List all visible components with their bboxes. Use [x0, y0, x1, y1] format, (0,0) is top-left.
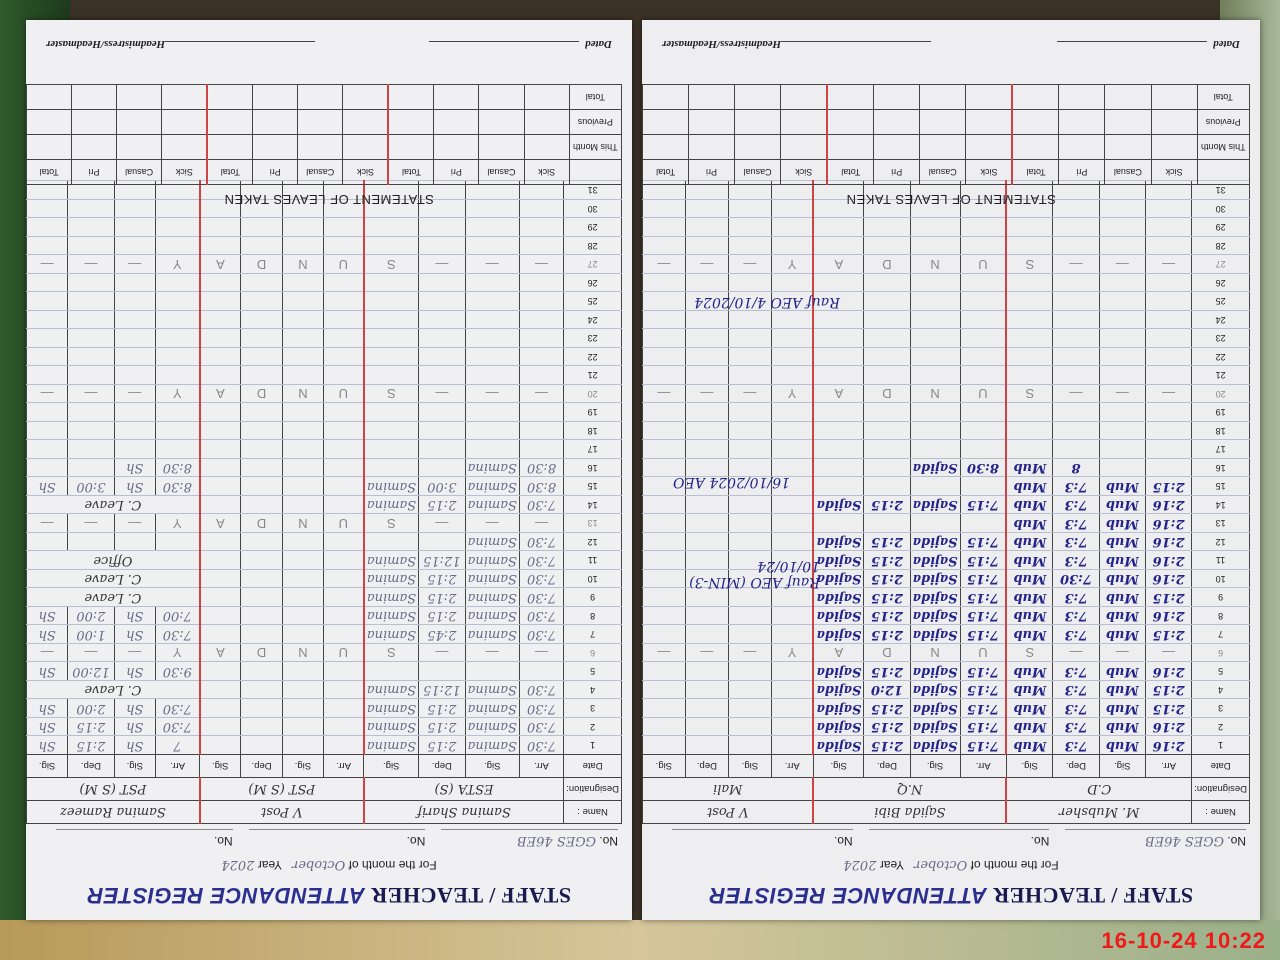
attendance-row: 6———SUNDAY———: [27, 644, 622, 663]
column-header: Dep.: [419, 755, 466, 778]
attendance-row: 21: [643, 366, 1250, 385]
attendance-row: 27———SUNDAY———: [27, 255, 622, 274]
staff-designation: C.D: [1006, 778, 1191, 801]
attendance-row: 17:30Samina2:15Samina7Sh2:15Sh: [27, 736, 622, 755]
column-header: Dep.: [68, 755, 115, 778]
attendance-row: 127:30Samina: [27, 533, 622, 552]
month-value: October: [914, 857, 967, 872]
attendance-table: Name :Samina SharifV PostSamina RameezDe…: [26, 181, 622, 825]
attendance-row: 72:15Mub7:3Mub7:15Sajida2:15Sajida: [643, 625, 1250, 644]
column-header: Arr.: [155, 755, 199, 778]
attendance-row: 19: [27, 403, 622, 422]
column-header: Dep.: [241, 755, 283, 778]
attendance-row: 18: [27, 422, 622, 441]
column-header: Sig.: [283, 755, 324, 778]
staff-name: Samina Sharif: [364, 801, 564, 824]
staff-name: Sajida Bibi: [813, 801, 1006, 824]
signature-footer: Dated Headmistress/Headmaster: [662, 38, 1240, 50]
signature-footer: Dated Headmistress/Headmaster: [46, 38, 612, 50]
year-value: 2024: [843, 857, 876, 872]
attendance-row: 17: [643, 440, 1250, 459]
attendance-row: 47:30Samina12:15SaminaC. Leave: [27, 681, 622, 700]
attendance-row: 23: [643, 329, 1250, 348]
column-header: Sig.: [729, 755, 772, 778]
attendance-row: 17: [27, 440, 622, 459]
attendance-row: 117:30Samina12:15SaminaOffice: [27, 551, 622, 570]
officer-remark: Rauf AEO (MIN-3) 10/10/24: [642, 558, 820, 590]
attendance-row: 147:30Samina2:15SaminaC. Leave: [27, 496, 622, 515]
camera-timestamp: 16-10-24 10:22: [1102, 928, 1266, 954]
column-header: Dep.: [864, 755, 910, 778]
column-header: Sig.: [364, 755, 419, 778]
attendance-row: 6———SUNDAY———: [643, 644, 1250, 663]
attendance-row: 42:15Mub7:3Mub7:15Sajida12:0Sajida: [643, 681, 1250, 700]
column-header: Dep.: [1053, 755, 1099, 778]
month-line: For the month of October Year 2024: [26, 857, 632, 872]
attendance-row: 122:16Mub7:3Mub7:15Sajida2:15Sajida: [643, 533, 1250, 552]
leave-statement: STATEMENT OF LEAVES TAKEN SickCasualPriT…: [642, 84, 1250, 185]
column-header: Sig.: [465, 755, 519, 778]
column-header: Sig.: [910, 755, 960, 778]
register-page-right: STAFF / TEACHER ATTENDANCE REGISTER For …: [26, 20, 632, 920]
register-photo-rotated: STAFF / TEACHER ATTENDANCE REGISTER For …: [0, 0, 1280, 960]
attendance-row: 26: [27, 274, 622, 293]
attendance-row: 82:16Mub7:3Mub7:15Sajida2:15Sajida: [643, 607, 1250, 626]
column-header: Arr.: [960, 755, 1006, 778]
column-header: Dep.: [685, 755, 728, 778]
column-header: Sig.: [27, 755, 68, 778]
column-header: Sig.: [114, 755, 155, 778]
attendance-row: 24: [27, 311, 622, 330]
leave-table: SickCasualPriTotalSickCasualPriTotalSick…: [26, 84, 622, 185]
leave-table: SickCasualPriTotalSickCasualPriTotalSick…: [642, 84, 1250, 185]
column-header: Arr.: [1146, 755, 1192, 778]
attendance-row: 20———SUNDAY———: [27, 385, 622, 404]
attendance-row: 20———SUNDAY———: [643, 385, 1250, 404]
column-header: Sig.: [200, 755, 241, 778]
attendance-row: 27———SUNDAY———: [643, 255, 1250, 274]
register-title: STAFF / TEACHER ATTENDANCE REGISTER: [26, 882, 632, 908]
attendance-row: 92:15Mub7:3Mub7:15Sajida2:15Sajida: [643, 588, 1250, 607]
column-header: Date: [564, 755, 622, 778]
officer-remark: 16/10/2024 AEO: [673, 474, 790, 490]
column-header: Sig.: [1099, 755, 1145, 778]
attendance-row: 32:15Mub7:3Mub7:15Sajida2:15Sajida: [643, 699, 1250, 718]
attendance-row: 29: [27, 218, 622, 237]
column-header: Sig.: [813, 755, 863, 778]
staff-name: Samina Rameez: [27, 801, 200, 824]
attendance-row: 97:30Samina2:15SaminaC. Leave: [27, 588, 622, 607]
column-header: Arr.: [519, 755, 563, 778]
attendance-row: 28: [27, 237, 622, 256]
staff-designation: ESTA (S): [364, 778, 564, 801]
attendance-row: 22:16Mub7:3Mub7:15Sajida2:15Sajida: [643, 718, 1250, 737]
attendance-row: 19: [643, 403, 1250, 422]
attendance-row: 107:30Samina2:15SaminaC. Leave: [27, 570, 622, 589]
number-fields: No. GGES 46EB No. No.: [40, 829, 618, 848]
attendance-row: 59:30Sh12:00Sh: [27, 662, 622, 681]
attendance-row: 28: [643, 237, 1250, 256]
attendance-row: 37:30Samina2:15Samina7:30Sh2:00Sh: [27, 699, 622, 718]
register-title: STAFF / TEACHER ATTENDANCE REGISTER: [642, 882, 1260, 908]
attendance-row: 168:30Samina8:30Sh: [27, 459, 622, 478]
attendance-row: 87:30Samina2:15Samina7:00Sh2:00Sh: [27, 607, 622, 626]
attendance-row: 29: [643, 218, 1250, 237]
attendance-row: 22: [643, 348, 1250, 367]
register-page-left: STAFF / TEACHER ATTENDANCE REGISTER For …: [642, 20, 1260, 920]
attendance-row: 12:16Mub7:3Mub7:15Sajida2:15Sajida: [643, 736, 1250, 755]
staff-name: V Post: [200, 801, 364, 824]
attendance-row: 132:16Mub7:3Mub: [643, 514, 1250, 533]
leave-statement: STATEMENT OF LEAVES TAKEN SickCasualPriT…: [26, 84, 622, 185]
year-value: 2024: [221, 857, 254, 872]
column-header: Arr.: [323, 755, 363, 778]
staff-designation: PST (S M): [200, 778, 364, 801]
attendance-row: 77:30Samina2:45Samina7:30Sh1:00Sh: [27, 625, 622, 644]
officer-remark: Rauf AEO 4/10/2024: [694, 294, 840, 310]
number-fields: No. GGES 46EB No. No.: [656, 829, 1246, 848]
attendance-row: 25: [27, 292, 622, 311]
column-header: Date: [1192, 755, 1250, 778]
month-line: For the month of October Year 2024: [642, 857, 1260, 872]
attendance-row: 52:16Mub7:3Mub7:15Sajida2:15Sajida: [643, 662, 1250, 681]
column-header: Sig.: [643, 755, 686, 778]
attendance-table: Name :M. MubsherSajida BibiV PostDesigna…: [642, 181, 1250, 825]
attendance-row: 18: [643, 422, 1250, 441]
attendance-row: 13———SUNDAY———: [27, 514, 622, 533]
staff-designation: N.Q: [813, 778, 1006, 801]
attendance-row: 21: [27, 366, 622, 385]
column-header: Arr.: [771, 755, 813, 778]
column-header: Sig.: [1006, 755, 1053, 778]
staff-designation: PST (S M): [27, 778, 200, 801]
attendance-row: 23: [27, 329, 622, 348]
attendance-row: 158:30Samina3:00Samina8:30Sh3:00Sh: [27, 477, 622, 496]
attendance-row: 26: [643, 274, 1250, 293]
month-value: October: [292, 857, 345, 872]
staff-designation: Mali: [643, 778, 814, 801]
attendance-row: 24: [643, 311, 1250, 330]
attendance-row: 22: [27, 348, 622, 367]
attendance-row: 27:30Samina2:15Samina7:30Sh2:15Sh: [27, 718, 622, 737]
staff-name: M. Mubsher: [1006, 801, 1191, 824]
staff-name: V Post: [643, 801, 814, 824]
attendance-row: 142:16Mub7:3Mub7:15Sajida2:15Sajida: [643, 496, 1250, 515]
